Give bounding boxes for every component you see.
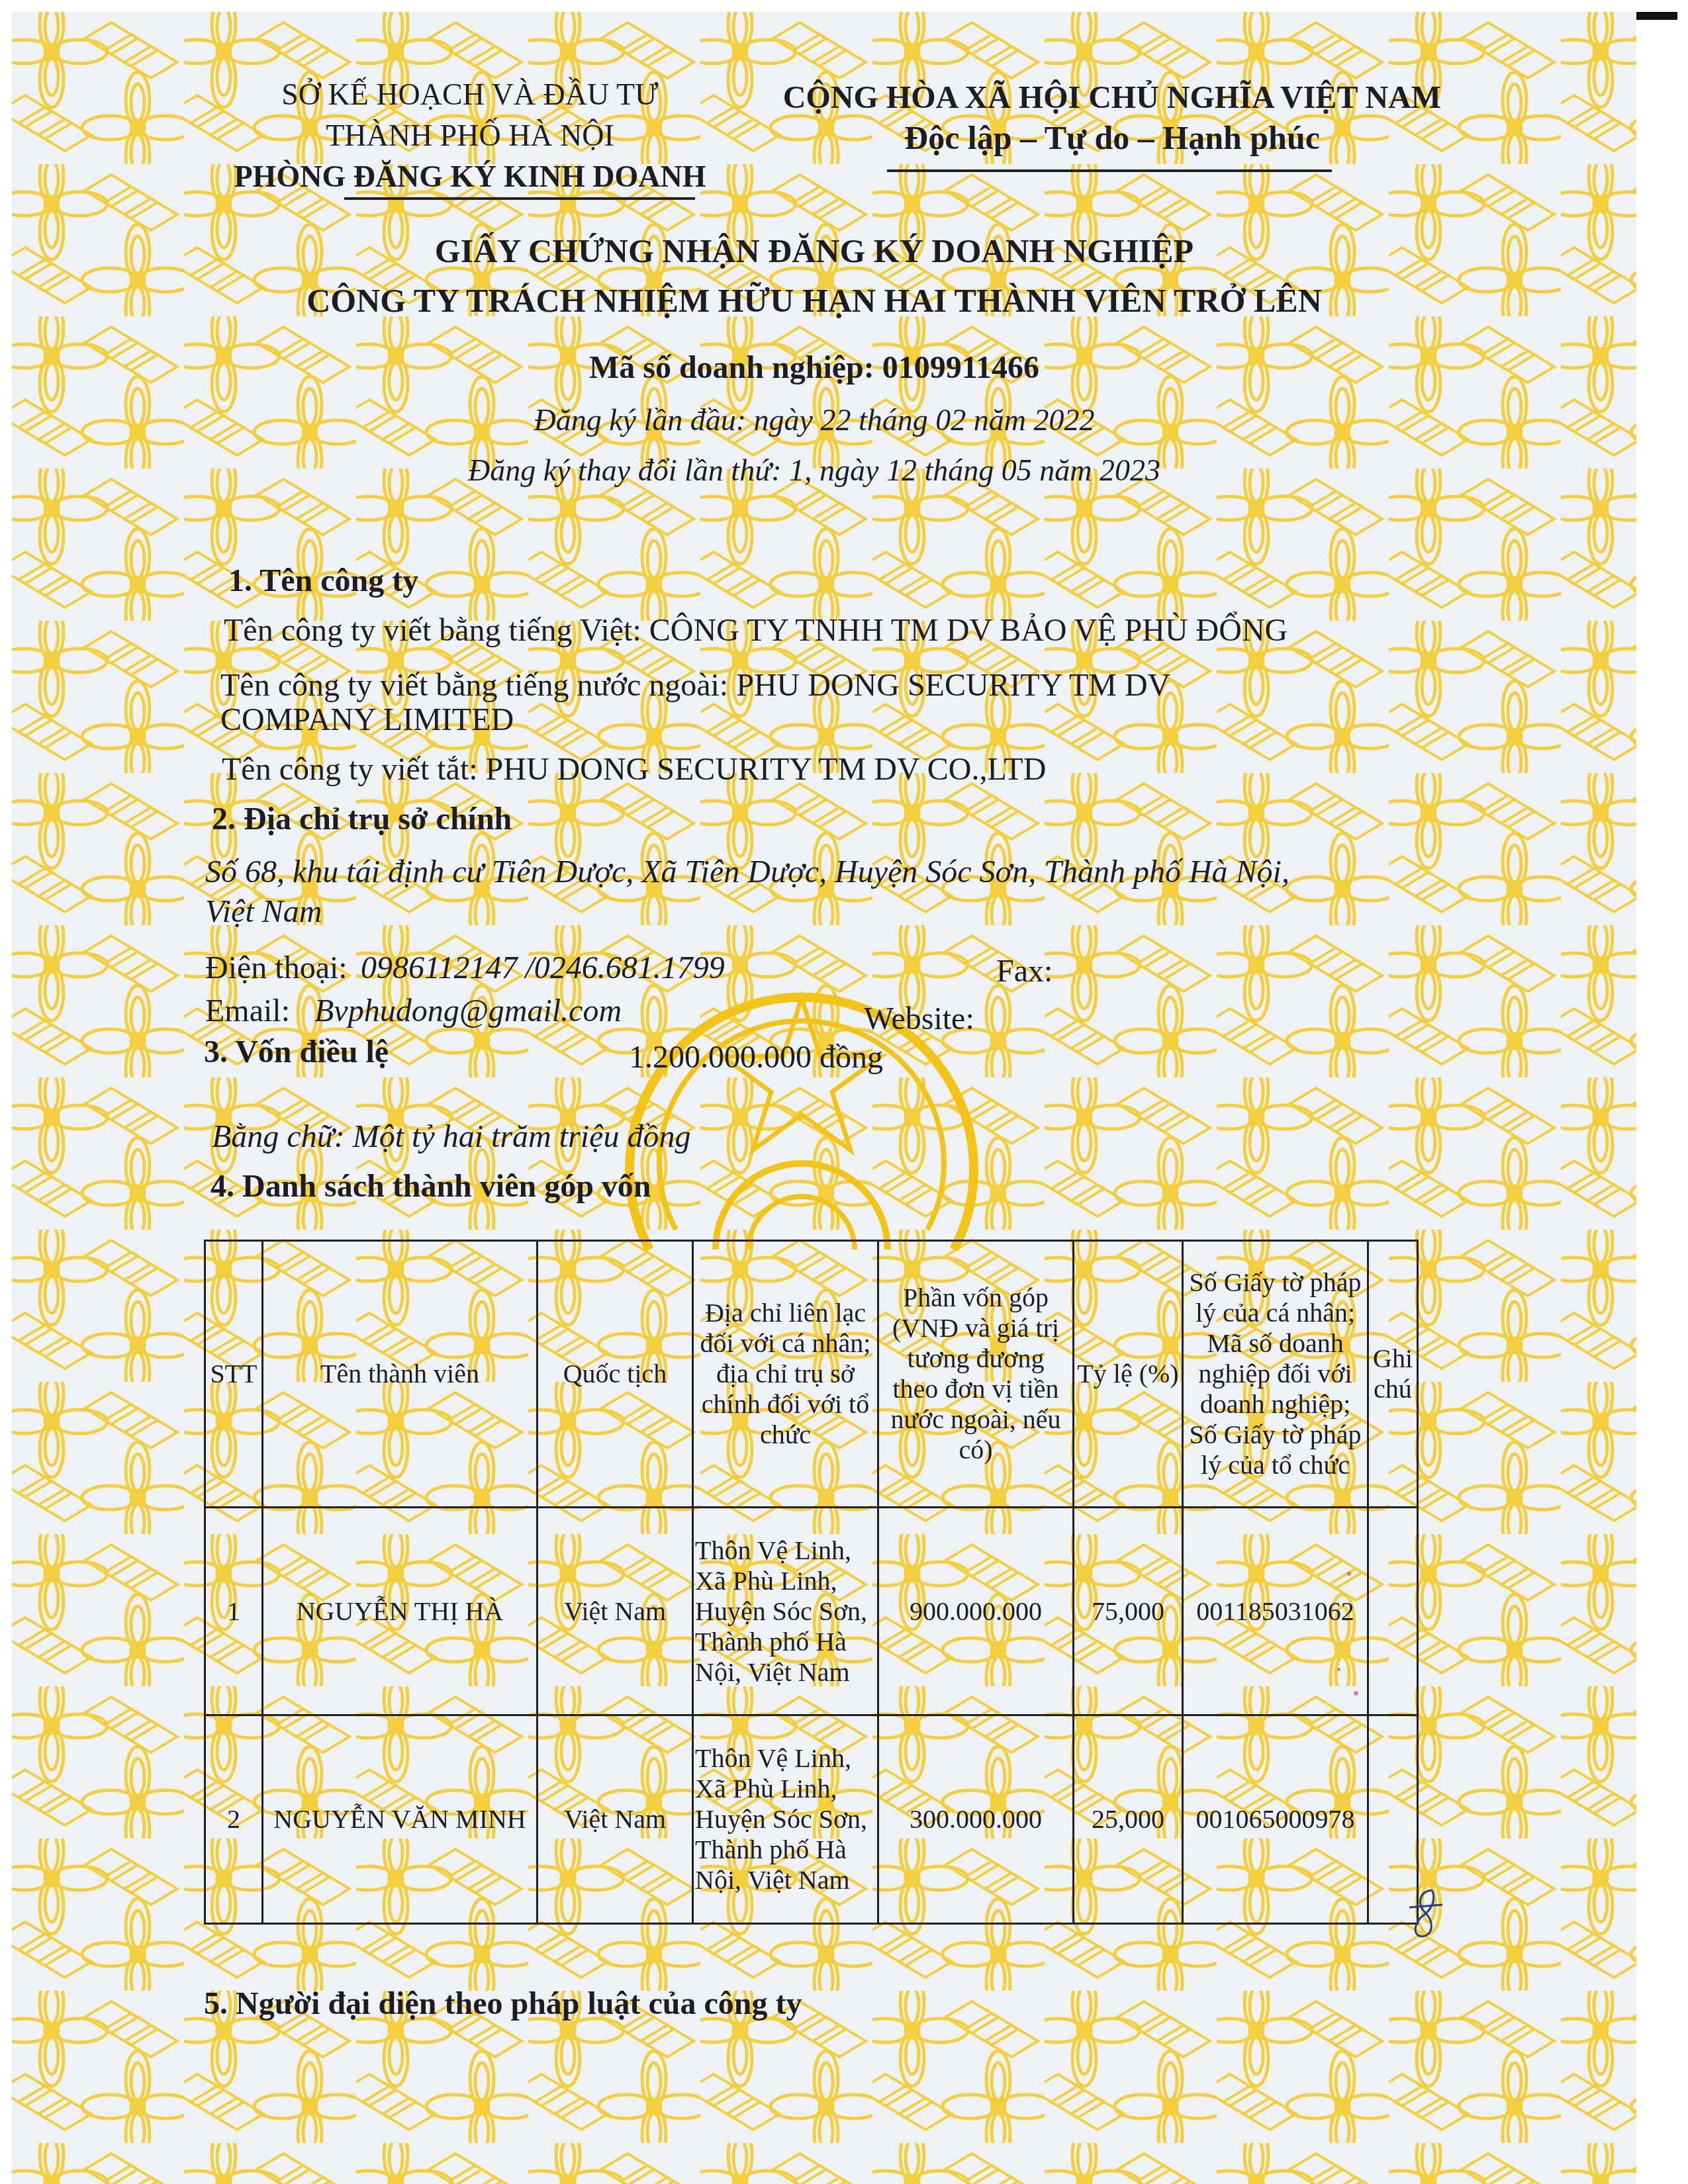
cell-ratio: 75,000 (1074, 1508, 1183, 1715)
cell-legal-id: 001065000978 (1183, 1715, 1368, 1924)
agency-underline (344, 197, 695, 200)
cell-legal-id: 001185031062 (1183, 1508, 1368, 1715)
cell-nationality: Việt Nam (538, 1715, 693, 1924)
cell-capital: 900.000.000 (878, 1508, 1074, 1715)
cell-ratio: 25,000 (1074, 1715, 1183, 1924)
col-capital: Phần vốn góp (VNĐ và giá trị tương đương… (878, 1241, 1074, 1508)
section-3-heading: 3. Vốn điều lệ (204, 1034, 389, 1070)
phone-value: 0986112147 /0246.681.1799 (361, 950, 725, 986)
charter-capital-in-words: Bằng chữ: Một tỷ hai trăm triệu đồng (212, 1118, 690, 1155)
national-heading: CỘNG HÒA XÃ HỘI CHỦ NGHĨA VIỆT NAM Độc l… (783, 78, 1441, 158)
charter-capital-amount: 1.200.000.000 đồng (629, 1039, 883, 1075)
table-row: 1 NGUYỄN THỊ HÀ Việt Nam Thôn Vệ Linh, X… (205, 1508, 1418, 1715)
company-name-foreign-line1: Tên công ty viết bằng tiếng nước ngoài: … (220, 667, 1170, 704)
section-1-heading: 1. Tên công ty (228, 563, 418, 599)
col-stt: STT (205, 1241, 263, 1508)
scan-edge-mark (1636, 12, 1677, 20)
table-row: 2 NGUYỄN VĂN MINH Việt Nam Thôn Vệ Linh,… (205, 1715, 1418, 1924)
email-label: Email: (205, 993, 290, 1029)
change-registration-date: Đăng ký thay đổi lần thứ: 1, ngày 12 thá… (468, 453, 1160, 488)
cell-note (1368, 1508, 1418, 1715)
company-name-foreign-line2: COMPANY LIMITED (220, 702, 514, 738)
table-header-row: STT Tên thành viên Quốc tịch Địa chỉ liê… (205, 1241, 1418, 1508)
issuing-agency: SỞ KẾ HOẠCH VÀ ĐẦU TƯ THÀNH PHỐ HÀ NỘI P… (234, 74, 706, 197)
col-nationality: Quốc tịch (538, 1241, 693, 1508)
enterprise-code: Mã số doanh nghiệp: 0109911466 (589, 349, 1039, 386)
col-member-name: Tên thành viên (263, 1241, 538, 1508)
seal-ink-speck (1337, 1668, 1340, 1671)
section-5-heading: 5. Người đại diện theo pháp luật của côn… (204, 1985, 802, 2022)
nation-name: CỘNG HÒA XÃ HỘI CHỦ NGHĨA VIỆT NAM (783, 78, 1441, 118)
cell-address: Thôn Vệ Linh, Xã Phù Linh, Huyện Sóc Sơn… (693, 1715, 878, 1924)
company-name-short: Tên công ty viết tắt: PHU DONG SECURITY … (222, 751, 1046, 788)
national-motto: Độc lập – Tự do – Hạnh phúc (783, 118, 1441, 158)
col-address: Địa chỉ liên lạc đối với cá nhân; địa ch… (693, 1241, 878, 1508)
agency-line-1: SỞ KẾ HOẠCH VÀ ĐẦU TƯ (234, 74, 706, 115)
email-value: Bvphudong@gmail.com (314, 993, 622, 1029)
agency-line-3: PHÒNG ĐĂNG KÝ KINH DOANH (234, 156, 706, 197)
section-4-heading: 4. Danh sách thành viên góp vốn (211, 1168, 651, 1205)
members-table: STT Tên thành viên Quốc tịch Địa chỉ liê… (204, 1240, 1419, 1925)
fax-label: Fax: (996, 953, 1053, 989)
cell-nationality: Việt Nam (538, 1508, 693, 1715)
first-registration-date: Đăng ký lần đầu: ngày 22 tháng 02 năm 20… (534, 402, 1094, 437)
cell-stt: 2 (205, 1715, 263, 1924)
phone-label: Điện thoại: (205, 950, 348, 986)
agency-line-2: THÀNH PHỐ HÀ NỘI (234, 115, 706, 156)
initials-signature-icon (1407, 1888, 1446, 1940)
company-type-title: CÔNG TY TRÁCH NHIỆM HỮU HẠN HAI THÀNH VI… (306, 281, 1322, 320)
head-office-address-line1: Số 68, khu tái định cư Tiên Dược, Xã Tiê… (205, 854, 1289, 890)
cell-capital: 300.000.000 (878, 1715, 1074, 1924)
company-name-vietnamese: Tên công ty viết bằng tiếng Việt: CÔNG T… (224, 612, 1288, 649)
motto-underline (887, 169, 1332, 172)
col-legal-id: Số Giấy tờ pháp lý của cá nhân; Mã số do… (1183, 1241, 1368, 1508)
website-label: Website: (864, 1001, 974, 1037)
head-office-address-line2: Việt Nam (205, 893, 322, 930)
section-2-heading: 2. Địa chỉ trụ sở chính (212, 801, 512, 837)
cell-member-name: NGUYỄN VĂN MINH (263, 1715, 538, 1924)
cell-stt: 1 (205, 1508, 263, 1715)
cell-member-name: NGUYỄN THỊ HÀ (263, 1508, 538, 1715)
seal-ink-speck (1354, 1691, 1358, 1696)
col-note: Ghi chú (1368, 1241, 1418, 1508)
cell-address: Thôn Vệ Linh, Xã Phù Linh, Huyện Sóc Sơn… (693, 1508, 878, 1715)
col-ratio: Tỷ lệ (%) (1074, 1241, 1183, 1508)
seal-ink-speck (1347, 1572, 1351, 1576)
certificate-title: GIẤY CHỨNG NHẬN ĐĂNG KÝ DOANH NGHIỆP (435, 232, 1194, 270)
